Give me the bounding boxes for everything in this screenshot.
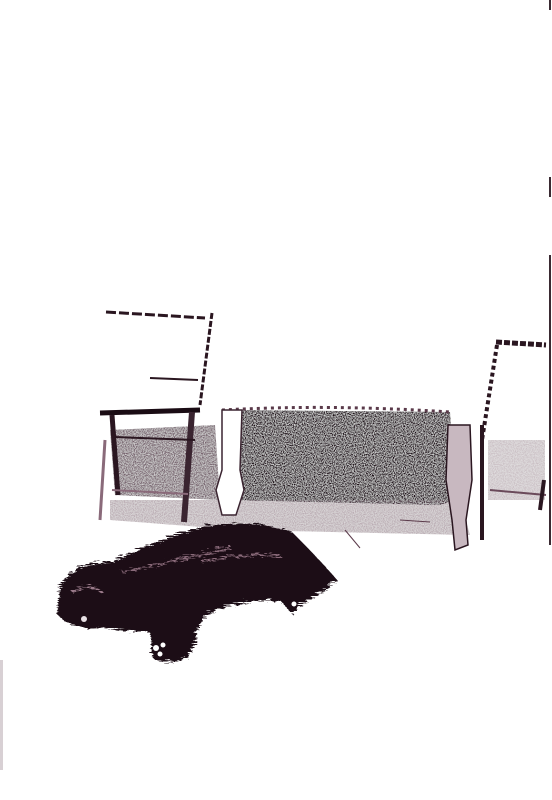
photograph bbox=[0, 0, 552, 800]
dog-eye bbox=[81, 616, 87, 622]
tablecloth-drape-right bbox=[482, 345, 497, 440]
under-table-shadow bbox=[110, 410, 545, 535]
dog bbox=[55, 521, 335, 660]
page bbox=[0, 0, 552, 800]
